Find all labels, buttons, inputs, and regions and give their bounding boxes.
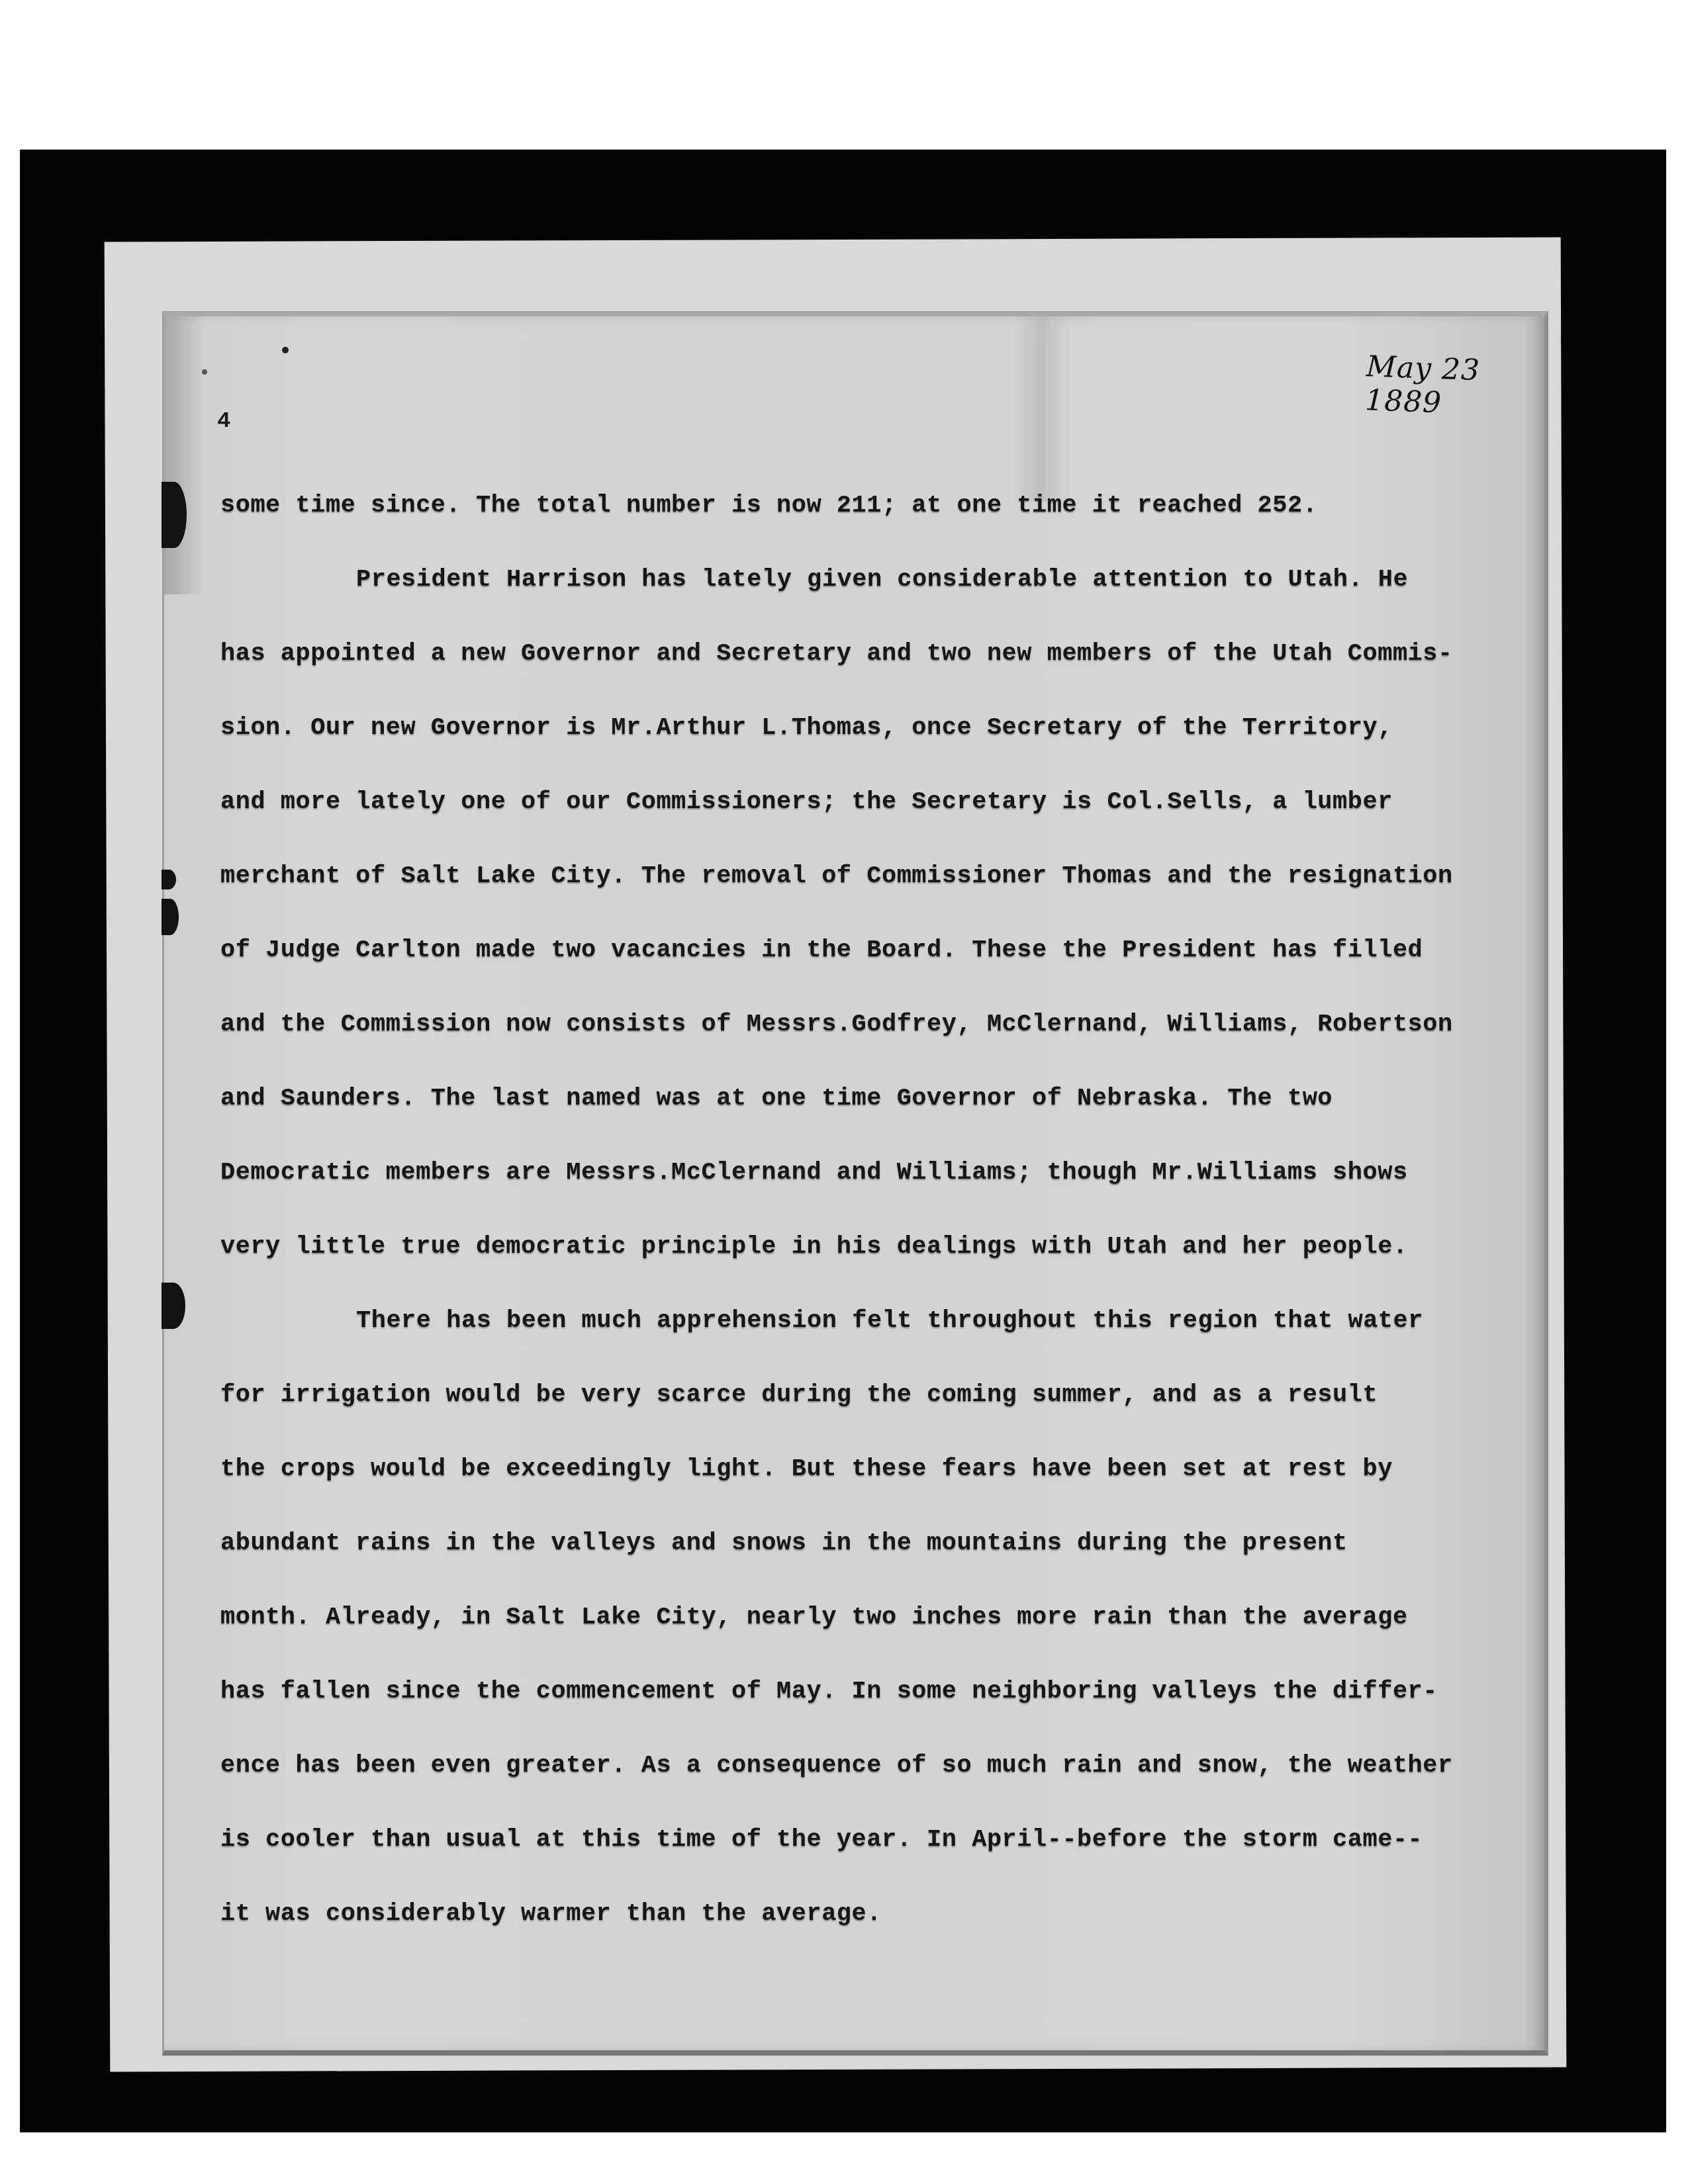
text-line: some time since. The total number is now… [220, 469, 1531, 543]
text-line: Democratic members are Messrs.McClernand… [220, 1136, 1531, 1210]
binding-hole-4 [162, 1283, 185, 1329]
ink-speck [282, 347, 289, 353]
text-line: abundant rains in the valleys and snows … [220, 1506, 1531, 1580]
text-line: it was considerably warmer than the aver… [220, 1877, 1531, 1951]
text-line: has fallen since the commencement of May… [220, 1655, 1531, 1729]
text-line: and more lately one of our Commissioners… [220, 765, 1531, 839]
text-line: month. Already, in Salt Lake City, nearl… [220, 1580, 1531, 1655]
text-line: for irrigation would be very scarce duri… [220, 1358, 1531, 1432]
text-line: ence has been even greater. As a consequ… [220, 1729, 1531, 1803]
text-line: has appointed a new Governor and Secreta… [220, 617, 1531, 691]
text-line: very little true democratic principle in… [220, 1210, 1531, 1284]
body-text: some time since. The total number is now… [220, 469, 1531, 1951]
handwritten-date: May 23 1889 [1364, 349, 1545, 423]
typed-page: 4 May 23 1889 some time since. The total… [162, 311, 1548, 2056]
fold-shadow [164, 316, 204, 594]
page-number: 4 [217, 409, 230, 434]
binding-hole-2 [162, 870, 176, 889]
binding-hole-3 [162, 899, 179, 935]
text-line: the crops would be exceedingly light. Bu… [220, 1432, 1531, 1506]
text-line: and the Commission now consists of Messr… [220, 987, 1531, 1062]
text-line: There has been much apprehension felt th… [220, 1284, 1531, 1358]
text-line: merchant of Salt Lake City. The removal … [220, 839, 1531, 913]
ink-speck [202, 369, 207, 375]
text-line: President Harrison has lately given cons… [220, 543, 1531, 617]
text-line: of Judge Carlton made two vacancies in t… [220, 913, 1531, 987]
text-line: is cooler than usual at this time of the… [220, 1803, 1531, 1877]
text-line: sion. Our new Governor is Mr.Arthur L.Th… [220, 691, 1531, 765]
text-line: and Saunders. The last named was at one … [220, 1062, 1531, 1136]
binding-hole-1 [162, 482, 187, 548]
